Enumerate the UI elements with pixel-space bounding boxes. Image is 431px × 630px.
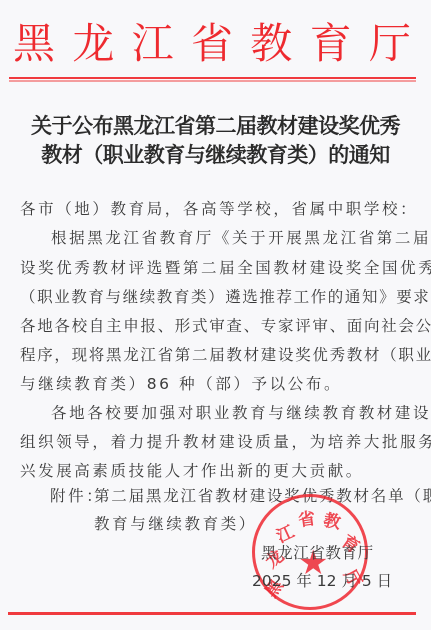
paragraph-2-line: 兴发展高素质技能人才作出新的更大贡献。 [20, 459, 364, 481]
attachment-link-continued[interactable]: 教育与继续教育类） [94, 512, 257, 534]
masthead-char: 省 [190, 18, 234, 70]
paragraph-1-line: 设奖优秀教材评选暨第二届全国教材建设奖全国优秀教材 [20, 256, 431, 278]
paragraph-1-line: 与继续教育类）86 种（部）予以公布。 [20, 372, 342, 394]
paragraph-1-line: 程序，现将黑龙江省第二届教材建设奖优秀教材（职业教育 [20, 343, 431, 365]
masthead-char: 龙 [71, 18, 115, 70]
masthead-char: 黑 [12, 18, 56, 70]
masthead-char: 厅 [368, 18, 412, 70]
footer-divider [8, 612, 416, 615]
paragraph-1-line: 根据黑龙江省教育厅《关于开展黑龙江省第二届教材建 [51, 226, 431, 248]
document-title-line-2: 教材（职业教育与继续教育类）的通知 [0, 139, 431, 169]
masthead-issuer: 黑 龙 江 省 教 育 厅 [12, 18, 412, 70]
paragraph-2-line: 各地各校要加强对职业教育与继续教育教材建设工作 [51, 401, 431, 423]
masthead-char: 江 [131, 18, 175, 70]
document-page: 黑 龙 江 省 教 育 厅 关于公布黑龙江省第二届教材建设奖优秀 教材（职业教育… [0, 0, 431, 630]
signature-date: 2025 年 12 月 5 日 [252, 569, 392, 591]
paragraph-1-line: （职业教育与继续教育类）遴选推荐工作的通知》要求，经 [20, 285, 431, 307]
attachment-link[interactable]: 第二届黑龙江省教材建设奖优秀教材名单（职业 [94, 484, 431, 506]
signature-issuer: 黑龙江省教育厅 [261, 541, 374, 563]
paragraph-2-line: 组织领导，着力提升教材建设质量，为培养大批服务龙江振 [20, 430, 431, 452]
masthead-divider [9, 77, 416, 79]
seal-char: 省 [296, 504, 316, 531]
document-title-line-1: 关于公布黑龙江省第二届教材建设奖优秀 [0, 110, 431, 140]
masthead-char: 教 [249, 18, 293, 70]
salutation: 各市（地）教育局，各高等学校，省属中职学校： [20, 197, 418, 219]
masthead-char: 育 [309, 18, 353, 70]
paragraph-1-line: 各地各校自主申报、形式审查、专家评审、面向社会公示等 [20, 314, 431, 336]
